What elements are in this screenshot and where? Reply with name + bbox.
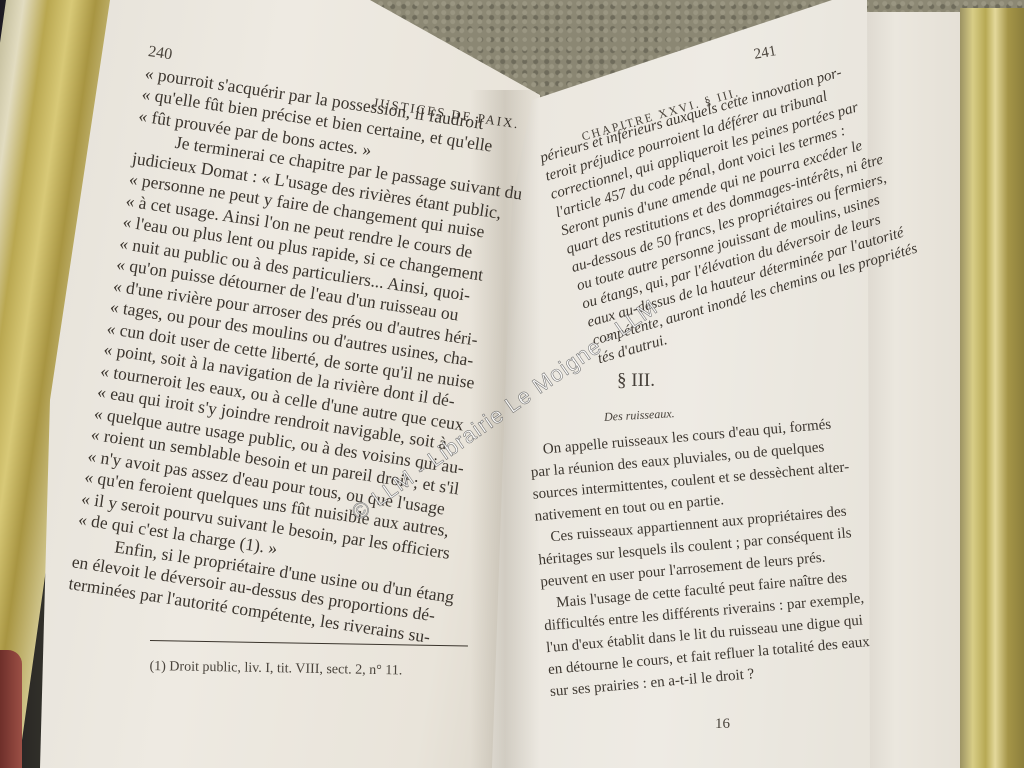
footnote: (1) Droit public, liv. I, tit. VIII, sec… xyxy=(149,659,402,678)
page-number-left: 240 xyxy=(147,43,173,63)
section-heading: § III. xyxy=(617,370,655,392)
right-page-body: On appelle ruisseaux les cours d'eau qui… xyxy=(528,412,873,703)
left-page-text: 240 « pourroit s'acquérir par la possess… xyxy=(67,40,536,652)
left-footnote-block: (1) Droit public, liv. I, tit. VIII, sec… xyxy=(149,640,468,681)
holding-finger xyxy=(0,650,22,768)
signature-mark: 16 xyxy=(715,716,730,733)
gilt-page-edge-right xyxy=(960,8,1024,768)
